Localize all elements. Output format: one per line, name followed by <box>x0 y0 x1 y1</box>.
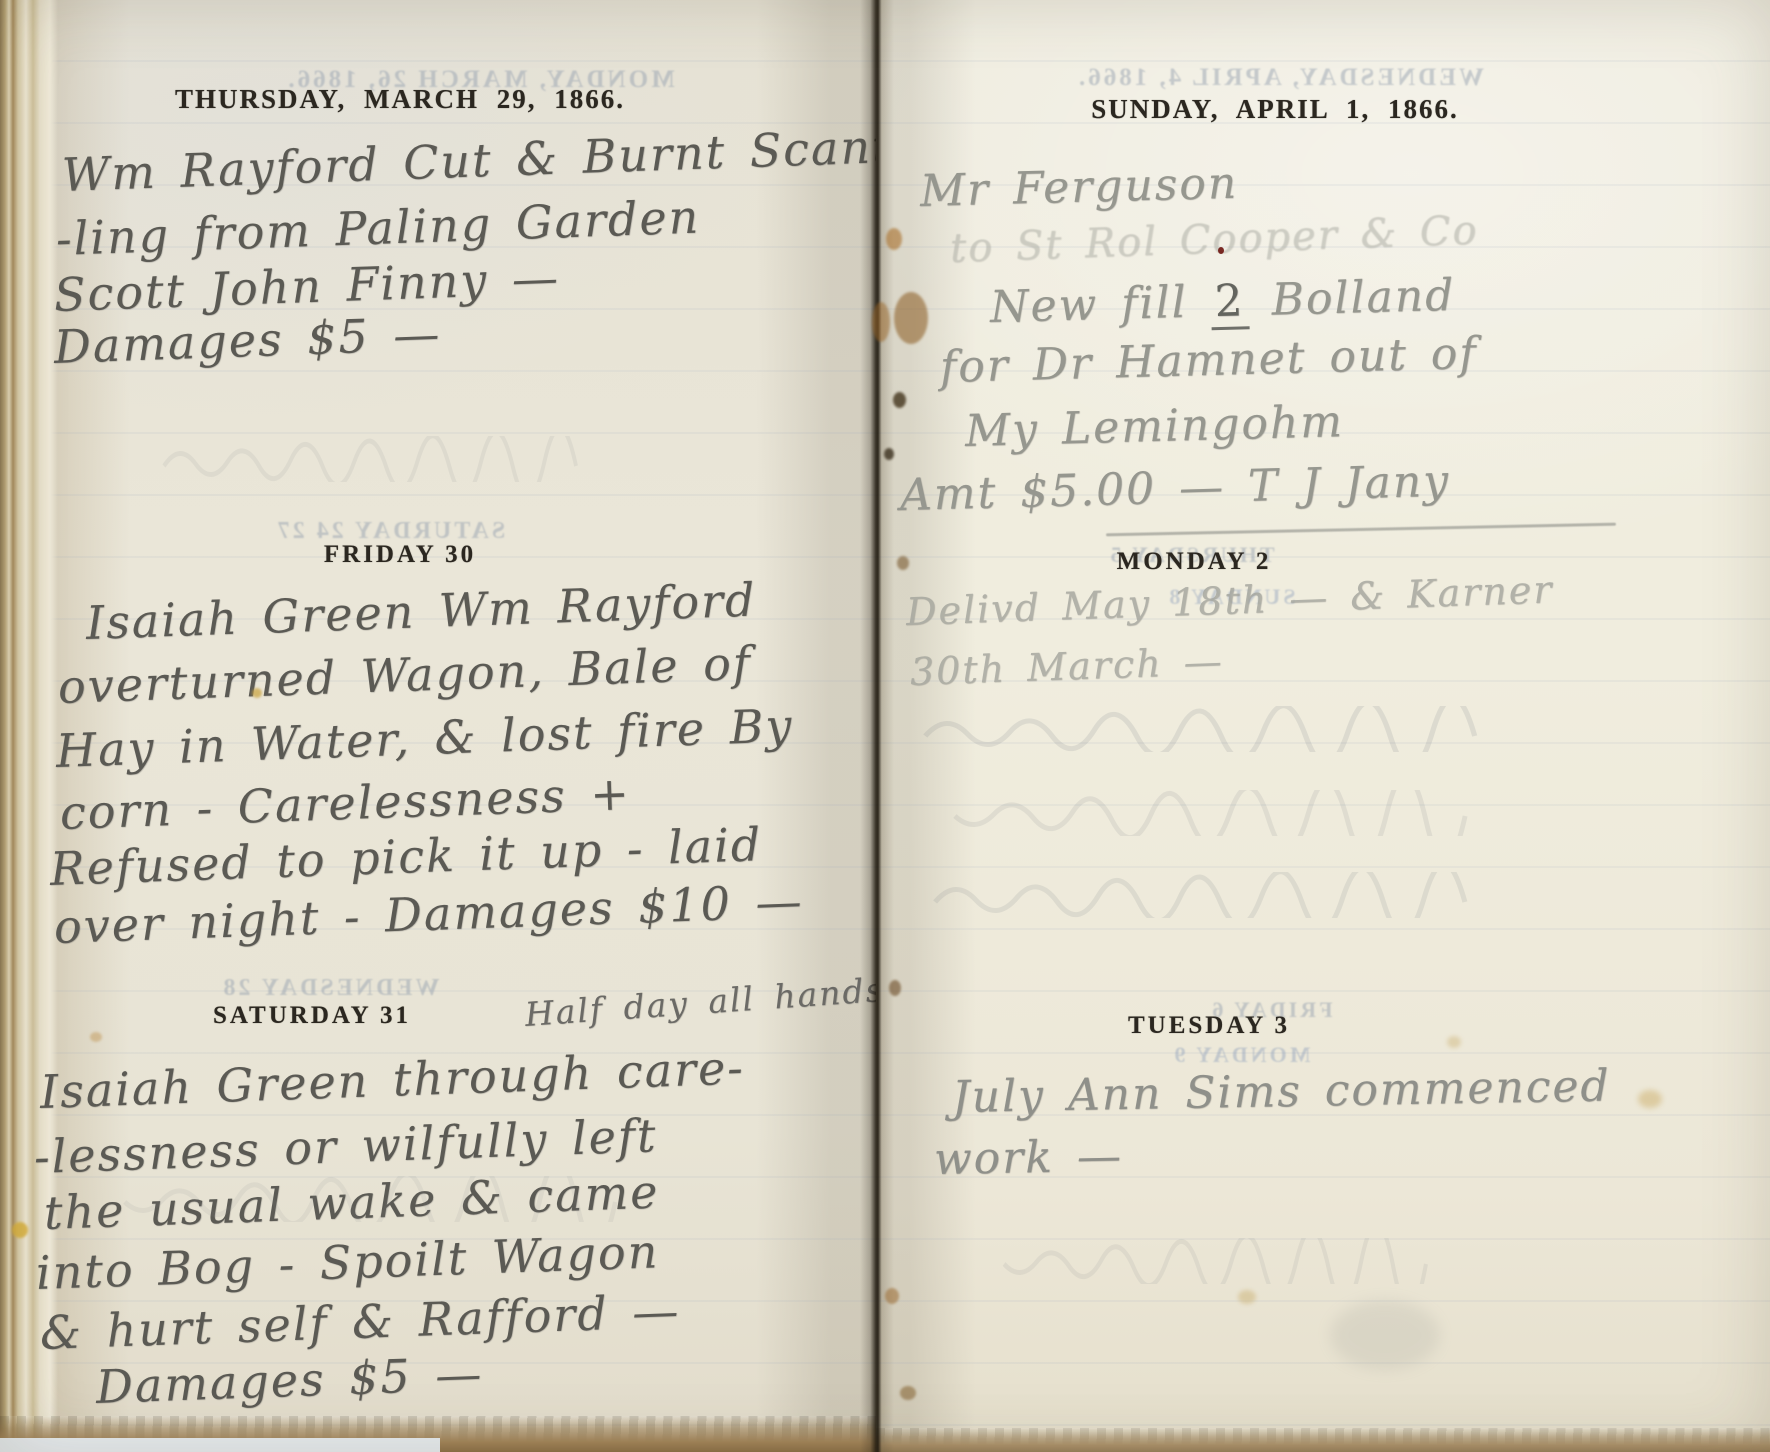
handwriting-line: Damages $5 — <box>95 1346 484 1413</box>
foxing-spot <box>897 556 909 570</box>
handwriting-fragment: New fill <box>989 277 1188 333</box>
stain <box>252 688 262 698</box>
pencil-underline-stroke <box>1106 523 1616 537</box>
handwriting-line: Mr Ferguson <box>919 158 1238 217</box>
handwriting-line: July Ann Sims commenced <box>952 1061 1611 1123</box>
printed-day-header-friday: FRIDAY 30 <box>100 541 700 569</box>
handwriting-line: Delivd May 18th — & Karner <box>905 567 1554 634</box>
handwriting-line: work — <box>934 1131 1124 1185</box>
printed-day-header-saturday: SATURDAY 31 <box>20 1002 604 1030</box>
handwriting-line: Isaiah Green through care- <box>39 1040 746 1119</box>
foxing-spot <box>889 980 901 996</box>
foxing-spot <box>894 292 928 344</box>
handwriting-line: Amt $5.00 — T J Jany <box>899 456 1450 521</box>
handwriting-line: to St Rol Cooper & Co <box>949 208 1479 272</box>
handwriting-line: New fill 2 Bolland <box>989 270 1456 333</box>
handwriting-line: for Dr Hamnet out of <box>939 328 1478 393</box>
foxing-spot <box>884 448 894 460</box>
foxing-spot <box>886 228 902 250</box>
right-page: WEDNESDAY, APRIL 4, 1866. SUNDAY, APRIL … <box>876 0 1770 1452</box>
handwriting-fragment: Bolland <box>1271 270 1456 326</box>
handwriting-line: 30th March — <box>909 639 1224 694</box>
page-bottom-deckle <box>876 1428 1770 1452</box>
foxing-spot <box>893 392 906 408</box>
handwriting-fragment-emphasized: 2 <box>1210 275 1249 330</box>
printed-date-header: THURSDAY, MARCH 29, 1866. <box>120 84 680 115</box>
stain <box>90 1032 102 1042</box>
handwriting-line: overturned Wagon, Bale of <box>57 636 753 714</box>
foxing-spot <box>900 1386 916 1400</box>
stain <box>12 1222 28 1238</box>
diary-scan: MONDAY, MARCH 26, 1866. SATURDAY 24 27 W… <box>0 0 1770 1452</box>
smudge <box>1330 1300 1440 1370</box>
stain <box>1638 1090 1662 1108</box>
handwriting-line: My Lemingohm <box>964 396 1344 457</box>
printed-day-header-tuesday: TUESDAY 3 <box>909 1012 1509 1040</box>
ink-speck <box>1218 247 1224 254</box>
handwriting-line: Wm Rayford Cut & Burnt Scant- <box>61 118 911 202</box>
bleedthrough-text: WEDNESDAY, APRIL 4, 1866. <box>1000 64 1560 92</box>
bleedthrough-text: WEDNESDAY 28 <box>165 975 495 1002</box>
foxing-spot <box>872 302 890 342</box>
left-page: MONDAY, MARCH 26, 1866. SATURDAY 24 27 W… <box>0 0 876 1452</box>
book-gutter <box>860 0 894 1452</box>
foxing-spot <box>885 1288 899 1304</box>
stain <box>1238 1290 1256 1304</box>
scanner-background <box>0 1438 440 1452</box>
stain <box>1447 1036 1461 1048</box>
handwriting-annotation: Half day all hands <box>524 970 886 1034</box>
bleedthrough-text: MONDAY 9 <box>1141 1042 1341 1068</box>
handwriting-line: -ling from Paling Garden <box>55 190 701 266</box>
printed-date-header: SUNDAY, APRIL 1, 1866. <box>995 94 1555 125</box>
